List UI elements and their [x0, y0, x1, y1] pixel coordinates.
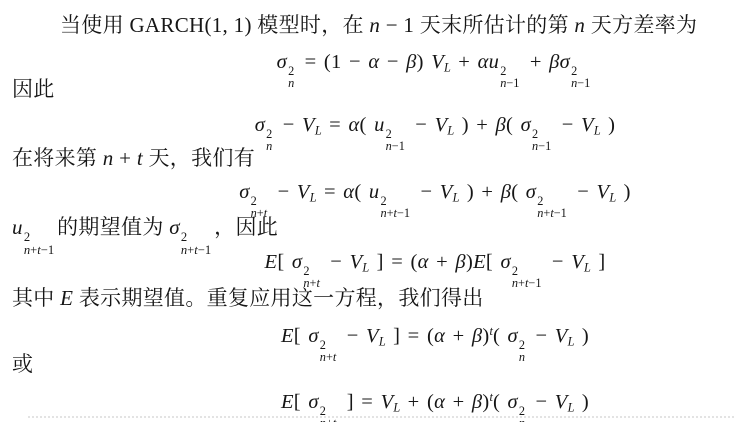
superscript: t	[490, 324, 493, 338]
subscript: L	[594, 124, 601, 138]
subscript: L	[447, 124, 454, 138]
para-future-day: 在将来第 n + t 天，我们有	[12, 142, 736, 174]
subscript: L	[315, 124, 322, 138]
stacked-script: 2n+t−1	[24, 231, 54, 256]
subscript: L	[609, 191, 616, 205]
subscript: L	[393, 400, 400, 414]
subscript: L	[568, 400, 575, 414]
document-page: 当使用 GARCH(1, 1) 模型时，在 n − 1 天末所估计的第 n 天方…	[0, 0, 742, 422]
superscript: t	[490, 390, 493, 404]
subscript: L	[310, 191, 317, 205]
subscript: L	[453, 191, 460, 205]
para-garch-intro: 当使用 GARCH(1, 1) 模型时，在 n − 1 天末所估计的第 n 天方…	[60, 9, 736, 41]
subscript: L	[568, 334, 575, 348]
stacked-script: 2n	[519, 405, 525, 422]
subscript: L	[584, 261, 591, 275]
scan-artifact-line	[28, 416, 734, 418]
para-or: 或	[12, 348, 736, 380]
subscript: L	[379, 334, 386, 348]
stacked-script: 2n+t	[320, 405, 337, 422]
para-repeated-application: 其中 E 表示期望值。重复应用这一方程，我们得出	[12, 282, 736, 314]
subscript: L	[362, 261, 369, 275]
para-therefore: 因此	[12, 73, 736, 105]
